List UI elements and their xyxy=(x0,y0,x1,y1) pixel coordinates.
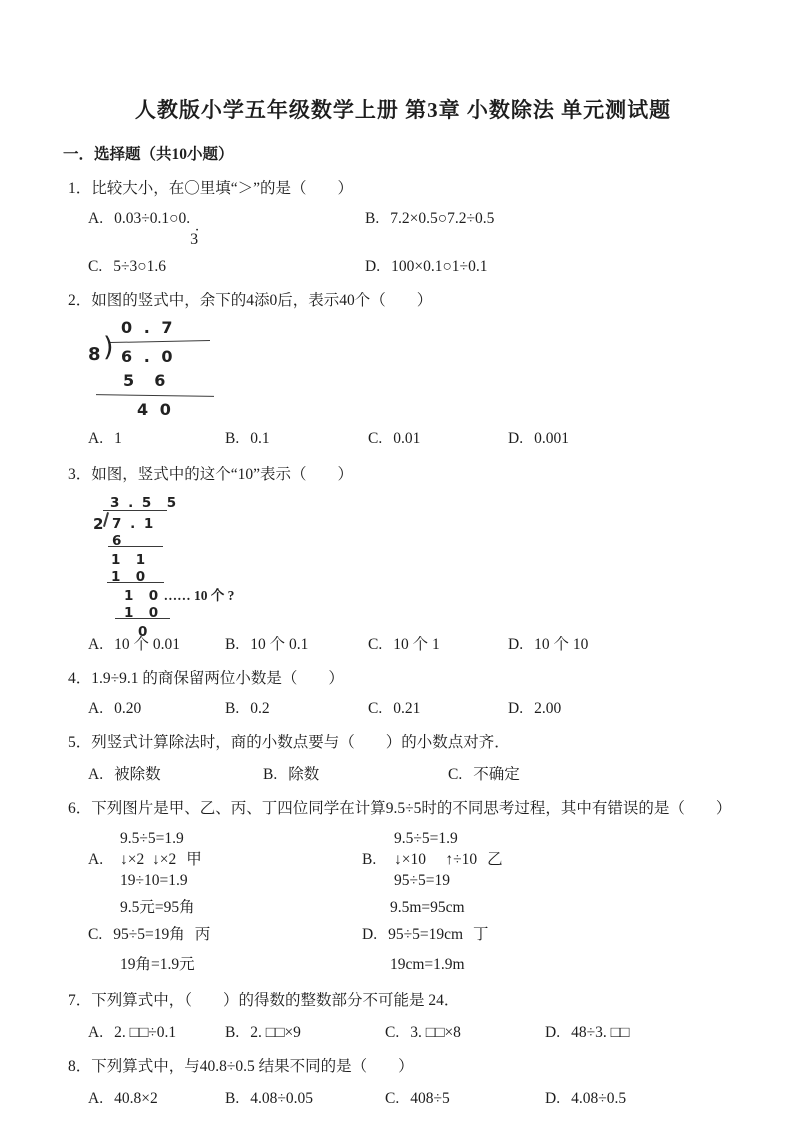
q6-block-yi: 9.5÷5=1.9 B.↓×10 ↑÷10乙 95÷5=19 xyxy=(362,828,743,891)
q1-option-c: C.5÷3○1.6 xyxy=(88,256,365,278)
option-text: 2. □□×9 xyxy=(250,1024,301,1041)
option-text: 4.08÷0.5 xyxy=(571,1090,626,1107)
q7-option-b: B.2. □□×9 xyxy=(225,1022,385,1044)
option-label: D. xyxy=(508,634,523,656)
option-label: B. xyxy=(225,1088,239,1110)
option-text: 0.21 xyxy=(393,700,420,717)
option-text: 40.8×2 xyxy=(114,1090,158,1107)
q1-option-b: B.7.2×0.5○7.2÷0.5 xyxy=(365,208,743,235)
option-text: 95÷5=19cm xyxy=(388,926,463,943)
figure-final-remainder: 0 xyxy=(138,621,149,643)
q6-option-d: D.95÷5=19cm丁 xyxy=(362,924,743,946)
option-text: 7.2×0.5○7.2÷0.5 xyxy=(390,210,494,227)
option-text: 5÷3○1.6 xyxy=(113,258,166,275)
option-label: A. xyxy=(88,1088,103,1110)
question-8-text: 8．下列算式中，与40.8÷0.5 结果不同的是（ ） xyxy=(68,1056,743,1078)
option-label: B. xyxy=(225,1022,239,1044)
option-text: 0.2 xyxy=(250,700,269,717)
option-text: 100×0.1○1÷0.1 xyxy=(391,258,487,275)
option-text: 95÷5=19角 xyxy=(113,926,185,943)
option-text: 2. □□÷0.1 xyxy=(114,1024,176,1041)
test-paper-page: 人教版小学五年级数学上册 第3章 小数除法 单元测试题 一．选择题（共10小题）… xyxy=(0,0,793,1122)
q3-option-d: D.10 个 10 xyxy=(508,634,743,656)
q4-options-row: A.0.20 B.0.2 C.0.21 D.2.00 xyxy=(88,698,743,720)
division-figure-q3: 3 . 5 5 2 7 . 1 6 1 1 1 0 1 0 …… 10 个 ? … xyxy=(93,494,353,626)
q3-option-c: C.10 个 1 xyxy=(368,634,508,656)
option-text: 3. □□×8 xyxy=(410,1024,461,1041)
option-label: D. xyxy=(508,698,523,720)
option-label: B. xyxy=(365,208,379,230)
option-label: A. xyxy=(88,764,103,786)
q4-option-a: A.0.20 xyxy=(88,698,225,720)
option-text: 0.20 xyxy=(114,700,141,717)
option-text: 不确定 xyxy=(473,766,520,783)
figure-divisor: 8 xyxy=(88,344,104,366)
q4-option-b: B.0.2 xyxy=(225,698,368,720)
work-line: 19cm=1.9m xyxy=(362,954,743,976)
section-header: 一．选择题（共10小题） xyxy=(63,144,743,166)
q5-options-row: A.被除数 B.除数 C.不确定 xyxy=(88,764,743,786)
q6-option-c: C.95÷5=19角丙 xyxy=(88,924,362,946)
q1-option-d: D.100×0.1○1÷0.1 xyxy=(365,256,743,278)
question-2-text: 2．如图的竖式中，余下的4添0后，表示40个（ ） xyxy=(68,290,743,312)
q8-option-c: C.408÷5 xyxy=(385,1088,545,1110)
student-tag: 乙 xyxy=(487,849,503,870)
q3-options-row: A.10 个 0.01 B.10 个 0.1 C.10 个 1 D.10 个 1… xyxy=(88,634,743,656)
option-text: 10 个 0.1 xyxy=(250,636,308,653)
q4-option-d: D.2.00 xyxy=(508,698,743,720)
option-label: C. xyxy=(368,698,382,720)
option-text: 0.1 xyxy=(250,430,269,447)
division-bracket: ) xyxy=(103,337,114,359)
q6-block-jia: 9.5÷5=1.9 A.↓×2 ↓×2甲 19÷10=1.9 xyxy=(88,828,362,891)
division-line xyxy=(108,546,163,547)
option-text: 1 xyxy=(114,430,122,447)
q6-post-row: 19角=1.9元 19cm=1.9m xyxy=(88,954,743,976)
division-line xyxy=(115,618,170,619)
figure-remainder: 4 0 xyxy=(137,399,174,421)
option-label: A. xyxy=(88,698,103,720)
question-4-text: 4．1.9÷9.1 的商保留两位小数是（ ） xyxy=(68,668,743,690)
q6-work-blocks: 9.5÷5=1.9 A.↓×2 ↓×2甲 19÷10=1.9 9.5÷5=1.9… xyxy=(88,828,743,891)
figure-dividend: 6 . 0 xyxy=(121,346,175,368)
option-label: D. xyxy=(508,428,523,450)
option-label: C. xyxy=(368,428,382,450)
work-line: 19÷10=1.9 xyxy=(88,870,362,891)
option-text: 0.03÷0.1○0.·3 xyxy=(114,210,198,227)
option-label: D. xyxy=(365,256,380,278)
work-line: 9.5元=95角 xyxy=(88,897,362,919)
q2-option-a: A.1 xyxy=(88,428,225,450)
figure-subtrahend: 5 6 xyxy=(123,370,168,392)
question-6-text: 6．下列图片是甲、乙、丙、丁四位同学在计算9.5÷5时的不同思考过程，其中有错误… xyxy=(68,798,743,820)
division-bar xyxy=(103,510,167,511)
option-label: B. xyxy=(362,849,383,870)
figure-annotation: …… 10 个 ? xyxy=(160,588,234,603)
q5-option-a: A.被除数 xyxy=(88,764,263,786)
division-line xyxy=(107,582,164,583)
q1-option-a: A.0.03÷0.1○0.·3 xyxy=(88,208,365,235)
work-line: 19角=1.9元 xyxy=(88,954,362,976)
division-figure-q2: 0 . 7 8 ) 6 . 0 5 6 4 0 xyxy=(90,320,250,420)
option-label: D. xyxy=(545,1088,560,1110)
work-line: 9.5÷5=1.9 xyxy=(88,828,362,849)
option-label: B. xyxy=(263,764,277,786)
option-label: D. xyxy=(545,1022,560,1044)
q6-label-row: C.95÷5=19角丙 D.95÷5=19cm丁 xyxy=(88,924,743,946)
option-label: B. xyxy=(225,428,239,450)
option-label: A. xyxy=(88,849,109,870)
option-text: 除数 xyxy=(288,766,319,783)
option-text: 10 个 1 xyxy=(393,636,440,653)
option-label: B. xyxy=(225,634,239,656)
q7-options-row: A.2. □□÷0.1 B.2. □□×9 C.3. □□×8 D.48÷3. … xyxy=(88,1022,743,1044)
q3-option-b: B.10 个 0.1 xyxy=(225,634,368,656)
q3-option-a: A.10 个 0.01 xyxy=(88,634,225,656)
option-text: 48÷3. □□ xyxy=(571,1024,629,1041)
option-text: 408÷5 xyxy=(410,1090,450,1107)
option-label: C. xyxy=(88,924,102,946)
option-label: A. xyxy=(88,208,103,230)
question-3-text: 3．如图，竖式中的这个“10”表示（ ） xyxy=(68,464,743,486)
q7-option-c: C.3. □□×8 xyxy=(385,1022,545,1044)
q6-pre-row: 9.5元=95角 9.5m=95cm xyxy=(88,897,743,919)
q7-option-a: A.2. □□÷0.1 xyxy=(88,1022,225,1044)
q2-option-c: C.0.01 xyxy=(368,428,508,450)
q8-option-b: B.4.08÷0.05 xyxy=(225,1088,385,1110)
student-tag: 甲 xyxy=(186,849,202,870)
arrow-annotations: ↓×10 ↑÷10 xyxy=(394,849,477,870)
work-line-arrows: A.↓×2 ↓×2甲 xyxy=(88,849,362,870)
option-text: 10 个 10 xyxy=(534,636,588,653)
q1-options-row-1: A.0.03÷0.1○0.·3 B.7.2×0.5○7.2÷0.5 xyxy=(88,208,743,235)
division-bar xyxy=(110,340,210,343)
q4-option-c: C.0.21 xyxy=(368,698,508,720)
option-label: A. xyxy=(88,634,103,656)
option-text: 2.00 xyxy=(534,700,561,717)
q8-options-row: A.40.8×2 B.4.08÷0.05 C.408÷5 D.4.08÷0.5 xyxy=(88,1088,743,1110)
work-line: 9.5m=95cm xyxy=(362,897,743,919)
arrow-annotations: ↓×2 ↓×2 xyxy=(120,849,176,870)
q2-option-b: B.0.1 xyxy=(225,428,368,450)
page-title: 人教版小学五年级数学上册 第3章 小数除法 单元测试题 xyxy=(63,96,743,124)
option-label: A. xyxy=(88,1022,103,1044)
option-text: 被除数 xyxy=(114,766,161,783)
dropped-digit: ·3 xyxy=(190,226,198,245)
option-label: C. xyxy=(368,634,382,656)
question-1-text: 1．比较大小，在〇里填“＞”的是（ ） xyxy=(68,178,743,200)
question-7-text: 7．下列算式中，（ ）的得数的整数部分不可能是 24． xyxy=(68,990,743,1012)
option-label: C. xyxy=(88,256,102,278)
work-line: 9.5÷5=1.9 xyxy=(362,828,743,849)
q2-options-row: A.1 B.0.1 C.0.01 D.0.001 xyxy=(88,428,743,450)
figure-quotient: 0 . 7 xyxy=(121,317,175,339)
q1-options-row-2: C.5÷3○1.6 D.100×0.1○1÷0.1 xyxy=(88,256,743,278)
option-label: B. xyxy=(225,698,239,720)
q8-option-a: A.40.8×2 xyxy=(88,1088,225,1110)
option-label: C. xyxy=(385,1088,399,1110)
option-label: C. xyxy=(448,764,462,786)
q5-option-c: C.不确定 xyxy=(448,764,743,786)
option-label: C. xyxy=(385,1022,399,1044)
option-label: D. xyxy=(362,924,377,946)
student-tag: 丙 xyxy=(195,926,211,943)
question-5-text: 5．列竖式计算除法时，商的小数点要与（ ）的小数点对齐． xyxy=(68,732,743,754)
work-line: 95÷5=19 xyxy=(362,870,743,891)
work-line-arrows: B.↓×10 ↑÷10乙 xyxy=(362,849,743,870)
division-line xyxy=(96,394,214,397)
option-text: 0.01 xyxy=(393,430,420,447)
option-text: 4.08÷0.05 xyxy=(250,1090,313,1107)
student-tag: 丁 xyxy=(473,926,489,943)
option-label: A. xyxy=(88,428,103,450)
q2-option-d: D.0.001 xyxy=(508,428,743,450)
q7-option-d: D.48÷3. □□ xyxy=(545,1022,743,1044)
q5-option-b: B.除数 xyxy=(263,764,448,786)
option-text: 0.001 xyxy=(534,430,569,447)
q8-option-d: D.4.08÷0.5 xyxy=(545,1088,743,1110)
